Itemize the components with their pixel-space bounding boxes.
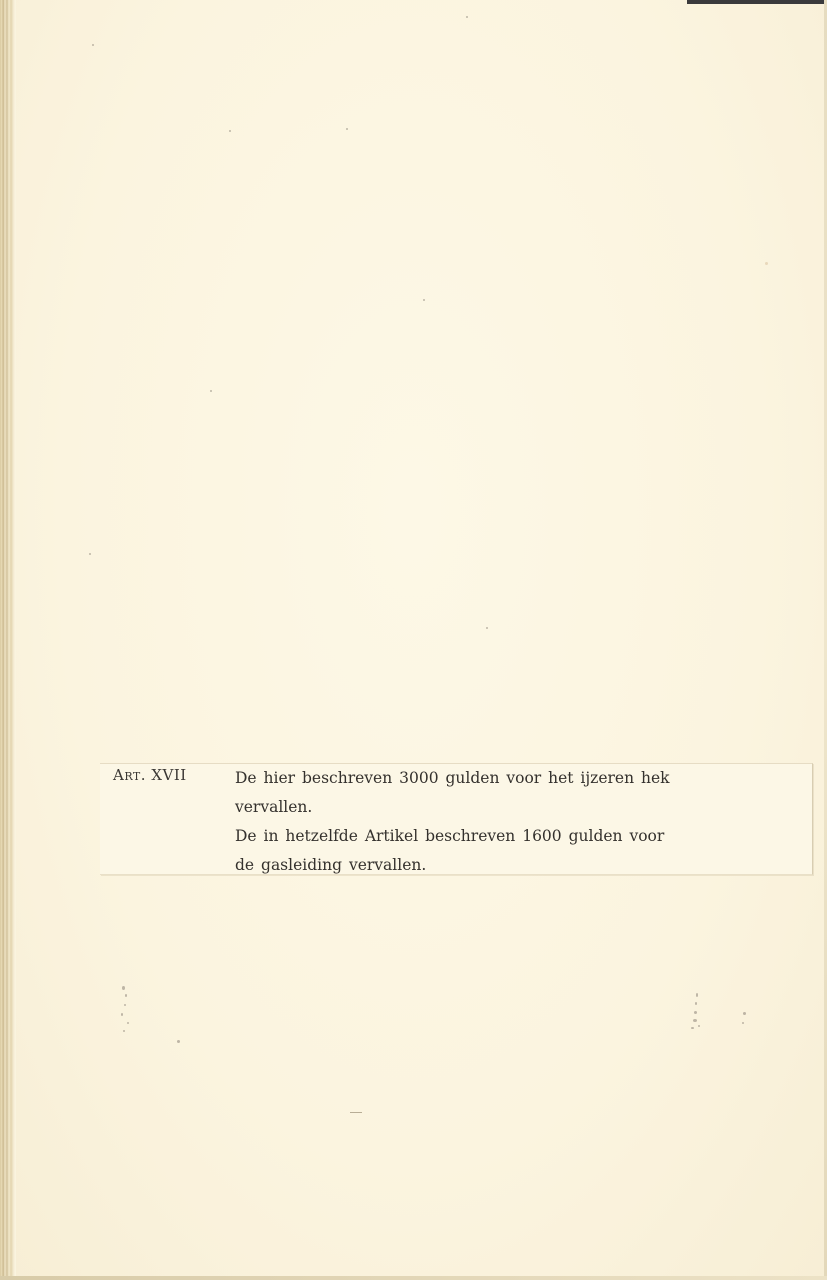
foxing-mark-left bbox=[115, 980, 165, 1050]
article-number: XVII bbox=[151, 766, 186, 784]
article-line: De in hetzelfde Artikel beschreven 1600 … bbox=[235, 822, 705, 851]
paper-speck bbox=[423, 299, 425, 301]
paper-speck bbox=[346, 128, 348, 130]
article-line: vervallen. bbox=[235, 793, 705, 822]
paper-speck bbox=[765, 262, 768, 265]
article-label: Art. XVII bbox=[113, 766, 187, 784]
foxing-mark-right bbox=[688, 985, 738, 1055]
pasted-correction-slip: Art. XVII De hier beschreven 3000 gulden… bbox=[100, 763, 813, 875]
paper-speck bbox=[92, 44, 94, 46]
book-binding-edge bbox=[0, 0, 16, 1280]
paper-speck bbox=[229, 130, 231, 132]
article-line: De hier beschreven 3000 gulden voor het … bbox=[235, 764, 705, 793]
paper-speck bbox=[466, 16, 468, 18]
paper-speck bbox=[210, 390, 212, 392]
document-page: Art. XVII De hier beschreven 3000 gulden… bbox=[0, 0, 827, 1280]
page-edge-bottom bbox=[0, 1276, 827, 1280]
paper-speck bbox=[89, 553, 91, 555]
article-body: De hier beschreven 3000 gulden voor het … bbox=[235, 764, 705, 880]
faint-mark bbox=[350, 1112, 362, 1113]
paper-speck bbox=[486, 627, 488, 629]
scan-edge-top bbox=[687, 0, 827, 4]
article-prefix: Art. bbox=[113, 766, 146, 784]
article-line: de gasleiding vervallen. bbox=[235, 851, 705, 880]
